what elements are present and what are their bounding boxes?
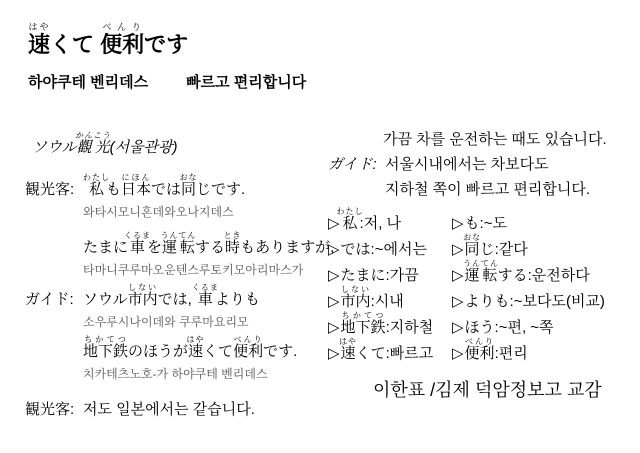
dialogue-japanese-text: ソウル市内しないでは, 車くるまよりも — [83, 283, 260, 313]
dialogue-heading: ソウル觀光かんこう(서울관광) — [32, 131, 331, 161]
dialogue-section: ソウル觀光かんこう(서울관광) 観光客: 私わたしも日本にほんでは同おなじです.… — [25, 131, 331, 420]
triangle-bullet: ▷ — [452, 215, 464, 232]
vocab-entry: たまに:가끔 — [341, 267, 419, 284]
translation-text: 서울시내에서는 차보다도 — [385, 156, 549, 174]
dialogue-japanese-text: 私わたしも日本にほんでは同おなじです. — [83, 173, 245, 203]
translation-line-3: 지하철 쪽이 빠르고 편리합니다. — [385, 181, 640, 199]
triangle-bullet: ▷ — [452, 267, 464, 284]
dialogue-line-1: 観光客: 私わたしも日本にほんでは同おなじです. 와타시모니혼데와오나지데스 — [25, 173, 331, 220]
triangle-bullet: ▷ — [328, 241, 340, 258]
title-subtitle: 하야쿠테 벤리데스 빠르고 편리합니다 — [28, 71, 306, 92]
vocab-item: ▷では:~에서는 — [328, 237, 452, 263]
vocab-item: ▷よりも:~보다도(비교) — [452, 289, 605, 315]
dialogue-line-3: ガイド: ソウル市内しないでは, 車くるまよりも 소우루시나이데와 쿠루마요리모 — [25, 283, 331, 330]
vocab-row-6: ▷速はやくて:빠르고 ▷便利べんり:편리 — [328, 337, 640, 363]
dialogue-japanese-text: 地下鉄ちかてつのほうが速はやくて便利べんりです. — [83, 335, 297, 365]
vocab-item: ▷便利べんり:편리 — [452, 337, 528, 367]
worksheet-page: 速はやくて 便利べんりです 하야쿠테 벤리데스 빠르고 편리합니다 ソウル觀光か… — [0, 0, 640, 453]
vocab-entry: ほう:~편, ~쪽 — [465, 319, 554, 336]
title-block: 速はやくて 便利べんりです 하야쿠테 벤리데스 빠르고 편리합니다 — [28, 22, 306, 92]
triangle-bullet: ▷ — [452, 241, 464, 258]
dialogue-korean-text: 저도 일본에서는 같습니다. — [83, 401, 255, 419]
vocab-entry: 便利べんり:편리 — [465, 345, 528, 362]
dialogue-body: 저도 일본에서는 같습니다. — [83, 401, 255, 420]
vocab-row-2: ▷では:~에서는 ▷同おなじ:같다 — [328, 233, 640, 259]
title-pronunciation-korean: 하야쿠테 벤리데스 — [28, 71, 148, 92]
vocab-row-3: ▷たまに:가끔 ▷運転うんてんする:운전하다 — [328, 259, 640, 285]
speaker-label: 観光客: — [25, 178, 83, 199]
speaker-label: ガイド: — [328, 156, 385, 174]
page-title: 速はやくて 便利べんりです — [28, 22, 306, 64]
speaker-label: 観光客: — [25, 398, 83, 419]
speaker-label: ガイド: — [25, 288, 83, 309]
triangle-bullet: ▷ — [452, 319, 464, 336]
translation-line-1: 가끔 차를 운전하는 때도 있습니다. — [383, 131, 640, 149]
vocab-entry: 運転うんてんする:운전하다 — [465, 267, 590, 284]
dialogue-line-2: たまに車くるまを運転うんてんする時ときもありますが, 타마니쿠루마오운텐스루토키… — [25, 231, 331, 278]
dialogue-pronunciation: 소우루시나이데와 쿠루마요리모 — [83, 314, 260, 330]
author-attribution: 이한표 /김제 덕암정보고 교감 — [373, 376, 640, 402]
vocab-entry: では:~에서는 — [341, 241, 427, 258]
triangle-bullet: ▷ — [328, 319, 340, 336]
triangle-bullet: ▷ — [328, 345, 340, 362]
triangle-bullet: ▷ — [452, 345, 464, 362]
dialogue-line-5: 観光客: 저도 일본에서는 같습니다. — [25, 398, 331, 420]
vocab-entry: 市内しない:시내 — [341, 293, 404, 310]
title-translation-korean: 빠르고 편리합니다 — [186, 71, 306, 92]
dialogue-pronunciation: 와타시모니혼데와오나지데스 — [83, 204, 245, 220]
translation-line-2: ガイド: 서울시내에서는 차보다도 — [328, 156, 640, 174]
dialogue-body: ソウル市内しないでは, 車くるまよりも 소우루시나이데와 쿠루마요리모 — [83, 283, 260, 330]
triangle-bullet: ▷ — [328, 267, 340, 284]
vocab-entry: 速はやくて:빠르고 — [341, 345, 434, 362]
dialogue-pronunciation: 치카테츠노호-가 하야쿠테 벤리데스 — [83, 366, 297, 382]
vocab-row-1: ▷私わたし:저, 나 ▷も:~도 — [328, 207, 640, 233]
vocabulary-list: ▷私わたし:저, 나 ▷も:~도 ▷では:~에서는 ▷同おなじ:같다 ▷たまに:… — [328, 207, 640, 363]
triangle-bullet: ▷ — [452, 293, 464, 310]
translation-vocab-section: 가끔 차를 운전하는 때도 있습니다. ガイド: 서울시내에서는 차보다도 지하… — [328, 131, 640, 402]
vocab-entry: よりも:~보다도(비교) — [465, 293, 605, 310]
dialogue-line-4: 地下鉄ちかてつのほうが速はやくて便利べんりです. 치카테츠노호-가 하야쿠테 벤… — [25, 335, 331, 382]
triangle-bullet: ▷ — [328, 293, 340, 310]
vocab-entry: 同おなじ:같다 — [465, 241, 528, 258]
dialogue-pronunciation: 타마니쿠루마오운텐스루토키모아리마스가 — [83, 262, 334, 278]
vocab-item: ▷速はやくて:빠르고 — [328, 337, 452, 367]
vocab-row-4: ▷市内しない:시내 ▷よりも:~보다도(비교) — [328, 285, 640, 311]
vocab-entry: も:~도 — [465, 215, 507, 232]
dialogue-body: たまに車くるまを運転うんてんする時ときもありますが, 타마니쿠루마오운텐스루토키… — [83, 231, 334, 278]
vocab-item: ▷私わたし:저, 나 — [328, 207, 452, 237]
vocab-entry: 私わたし:저, 나 — [341, 215, 401, 232]
dialogue-body: 地下鉄ちかてつのほうが速はやくて便利べんりです. 치카테츠노호-가 하야쿠테 벤… — [83, 335, 297, 382]
vocab-item: ▷運転うんてんする:운전하다 — [452, 259, 590, 289]
dialogue-body: 私わたしも日本にほんでは同おなじです. 와타시모니혼데와오나지데스 — [83, 173, 245, 220]
dialogue-japanese-text: たまに車くるまを運転うんてんする時ときもありますが, — [83, 231, 334, 261]
vocab-entry: 地下鉄ちかてつ:지하철 — [341, 319, 434, 336]
